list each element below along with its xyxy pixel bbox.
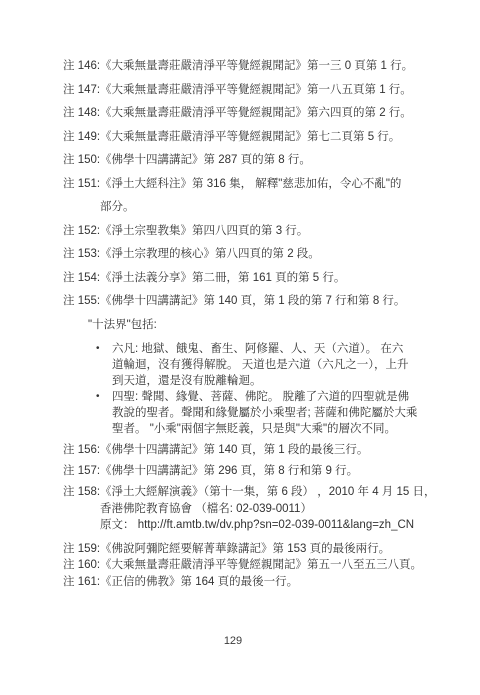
footnote-label: 注 152: (63, 220, 100, 244)
bullet-text-line: 到天道，還是沒有脫離輪迴。 (112, 373, 480, 389)
footnote-label: 注 151: (63, 173, 100, 197)
footnote-label: 注 150: (63, 149, 100, 173)
footnote-155: 注 155: 《佛學十四講講記》第 140 頁，第 1 段的第 7 行和第 8 … (63, 290, 480, 314)
footnote-label: 注 161: (63, 574, 100, 591)
ten-dharma-realms-list: • 六凡: 地獄、餓鬼、畜生、阿修羅、人、天（六道）。 在六 道輪迴，沒有獲得解… (63, 341, 480, 437)
footnote-text-line: 《佛學十四講講記》第 287 頁的第 8 行。 (100, 149, 480, 173)
footnote-text-line: 《佛學十四講講記》第 140 頁，第 1 段的第 7 行和第 8 行。 (100, 290, 480, 314)
footnote-text-line: 《大乘無量壽莊嚴清淨平等覺經親聞記》第五一八至五三八頁。 (100, 557, 480, 574)
footnote-text-line: 《佛學十四講講記》第 296 頁，第 8 行和第 9 行。 (100, 461, 480, 482)
footnote-label: 注 159: (63, 541, 100, 558)
bullet-icon: • (96, 341, 100, 357)
subnote-heading: "十法界"包括: (88, 314, 480, 338)
footnote-154: 注 154: 《淨土法義分享》第二冊，第 161 頁的第 5 行。 (63, 267, 480, 291)
bullet-text-line: 六凡: 地獄、餓鬼、畜生、阿修羅、人、天（六道）。 在六 (112, 341, 480, 357)
bullet-icon: • (96, 389, 100, 405)
list-item: • 四聖: 聲聞、緣覺、菩薩、佛陀。 脫離了六道的四聖就是佛 教說的聖者。聲聞和… (63, 389, 480, 437)
footnote-label: 注 149: (63, 126, 100, 150)
list-item: • 六凡: 地獄、餓鬼、畜生、阿修羅、人、天（六道）。 在六 道輪迴，沒有獲得解… (63, 341, 480, 389)
bullet-text-line: 教說的聖者。聲聞和緣覺屬於小乘聖者; 菩薩和佛陀屬於大乘 (112, 405, 480, 421)
footnote-text-line: 《大乘無量壽莊嚴清淨平等覺經親聞記》第一八五頁第 1 行。 (100, 79, 480, 103)
footnote-label: 注 158: (63, 484, 100, 501)
footnote-159: 注 159: 《佛說阿彌陀經要解菁華錄講記》第 153 頁的最後兩行。 (63, 541, 480, 558)
footnote-label: 注 148: (63, 102, 100, 126)
page-number: 129 (63, 633, 403, 649)
footnote-149: 注 149: 《大乘無量壽莊嚴清淨平等覺經親聞記》第七二頁第 5 行。 (63, 126, 480, 150)
footnote-146: 注 146: 《大乘無量壽莊嚴清淨平等覺經親聞記》第一三 0 頁第 1 行。 (63, 55, 480, 79)
footnote-161: 注 161: 《正信的佛教》第 164 頁的最後一行。 (63, 574, 480, 591)
footnote-label: 注 153: (63, 243, 100, 267)
footnote-text-line: 《正信的佛教》第 164 頁的最後一行。 (100, 574, 480, 591)
footnote-text-line: 《大乘無量壽莊嚴清淨平等覺經親聞記》第六四頁的第 2 行。 (100, 102, 480, 126)
footnote-text-line: 《淨土法義分享》第二冊，第 161 頁的第 5 行。 (100, 267, 480, 291)
bullet-text-line: 聖者。 "小乘"兩個字無貶義，只是與"大乘"的層次不同。 (112, 421, 480, 437)
footnote-label: 注 146: (63, 55, 100, 79)
footnote-text-line: 《淨土大經科注》第 316 集， 解釋"慈悲加佑，令心不亂"的 (100, 173, 480, 197)
footnote-text-line: 《淨土宗聖教集》第四八四頁的第 3 行。 (100, 220, 480, 244)
document-page: 注 146: 《大乘無量壽莊嚴清淨平等覺經親聞記》第一三 0 頁第 1 行。 注… (0, 0, 480, 590)
footnote-text-line: 《大乘無量壽莊嚴清淨平等覺經親聞記》第七二頁第 5 行。 (100, 126, 480, 150)
footnote-label: 注 160: (63, 557, 100, 574)
footnote-150: 注 150: 《佛學十四講講記》第 287 頁的第 8 行。 (63, 149, 480, 173)
footnote-text-line: 《淨土宗教理的核心》第八四頁的第 2 段。 (100, 243, 480, 267)
bullet-text-line: 道輪迴，沒有獲得解脫。 天道也是六道（六凡之一），上升 (112, 357, 480, 373)
footnote-label: 注 154: (63, 267, 100, 291)
source-url-link[interactable]: 原文： http://ft.amtb.tw/dv.php?sn=02-039-0… (100, 517, 480, 534)
footnote-text-line: 香港佛陀教育協會 （檔名: 02-039-0011） (100, 501, 480, 518)
footnote-153: 注 153: 《淨土宗教理的核心》第八四頁的第 2 段。 (63, 243, 480, 267)
footnote-label: 注 157: (63, 461, 100, 482)
footnote-label: 注 147: (63, 79, 100, 103)
footnote-157: 注 157: 《佛學十四講講記》第 296 頁，第 8 行和第 9 行。 (63, 461, 480, 482)
footnote-156: 注 156: 《佛學十四講講記》第 140 頁，第 1 段的最後三行。 (63, 440, 480, 461)
footnote-text-line: 《淨土大經解演義》（第十一集，第 6 段） ，2010 年 4 月 15 日， (100, 484, 480, 501)
footnote-text-line: 部分。 (100, 196, 480, 220)
footnote-label: 注 155: (63, 290, 100, 314)
bullet-text-line: 四聖: 聲聞、緣覺、菩薩、佛陀。 脫離了六道的四聖就是佛 (112, 389, 480, 405)
footnote-text-line: 《佛說阿彌陀經要解菁華錄講記》第 153 頁的最後兩行。 (100, 541, 480, 558)
footnote-text-line: 《大乘無量壽莊嚴清淨平等覺經親聞記》第一三 0 頁第 1 行。 (100, 55, 480, 79)
footnote-148: 注 148: 《大乘無量壽莊嚴清淨平等覺經親聞記》第六四頁的第 2 行。 (63, 102, 480, 126)
footnote-151: 注 151: 《淨土大經科注》第 316 集， 解釋"慈悲加佑，令心不亂"的 部… (63, 173, 480, 220)
footnote-text-line: 《佛學十四講講記》第 140 頁，第 1 段的最後三行。 (100, 440, 480, 461)
footnote-147: 注 147: 《大乘無量壽莊嚴清淨平等覺經親聞記》第一八五頁第 1 行。 (63, 79, 480, 103)
footnote-label: 注 156: (63, 440, 100, 461)
footnote-160: 注 160: 《大乘無量壽莊嚴清淨平等覺經親聞記》第五一八至五三八頁。 (63, 557, 480, 574)
footnote-158: 注 158: 《淨土大經解演義》（第十一集，第 6 段） ，2010 年 4 月… (63, 484, 480, 534)
footnote-152: 注 152: 《淨土宗聖教集》第四八四頁的第 3 行。 (63, 220, 480, 244)
